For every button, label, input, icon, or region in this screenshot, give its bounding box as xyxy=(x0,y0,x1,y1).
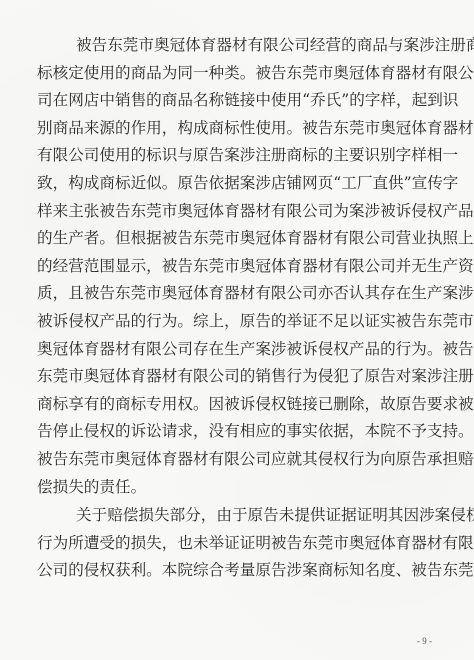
text-line: 有限公司使用的标识与原告案涉注册商标的主要识别字样相一 xyxy=(37,142,429,170)
text-line: 别商品来源的作用，构成商标性使用。被告东莞市奥冠体育器材 xyxy=(37,115,429,143)
body-text: 被告东莞市奥冠体育器材有限公司经营的商品与案涉注册商 标核定使用的商品为同一种类… xyxy=(37,32,429,585)
text-line: 被告东莞市奥冠体育器材有限公司经营的商品与案涉注册商 xyxy=(37,32,429,60)
text-line: 样来主张被告东莞市奥冠体育器材有限公司为案涉被诉侵权产品 xyxy=(37,198,429,226)
text-line: 致，构成商标近似。原告依据案涉店铺网页“工厂直供”宣传字 xyxy=(37,170,429,198)
text-line: 的生产者。但根据被告东莞市奥冠体育器材有限公司营业执照上 xyxy=(37,225,429,253)
text-line: 行为所遭受的损失，也未举证证明被告东莞市奥冠体育器材有限 xyxy=(37,530,429,558)
text-line: 被告东莞市奥冠体育器材有限公司应就其侵权行为向原告承担赔 xyxy=(37,446,429,474)
text-line: 质，且被告东莞市奥冠体育器材有限公司亦否认其存在生产案涉 xyxy=(37,280,429,308)
text-line: 偿损失的责任。 xyxy=(37,474,429,502)
text-line: 被诉侵权产品的行为。综上，原告的举证不足以证实被告东莞市 xyxy=(37,308,429,336)
text-line: 商标享有的商标专用权。因被诉侵权链接已删除，故原告要求被 xyxy=(37,391,429,419)
text-line: 告停止侵权的诉讼请求，没有相应的事实依据，本院不予支持。 xyxy=(37,418,429,446)
paragraph-2: 关于赔偿损失部分，由于原告未提供证据证明其因涉案侵权 行为所遭受的损失，也未举证… xyxy=(37,502,429,585)
text-line: 东莞市奥冠体育器材有限公司的销售行为侵犯了原告对案涉注册 xyxy=(37,363,429,391)
text-line: 关于赔偿损失部分，由于原告未提供证据证明其因涉案侵权 xyxy=(37,502,429,530)
text-line: 奥冠体育器材有限公司存在生产案涉被诉侵权产品的行为。被告 xyxy=(37,336,429,364)
document-page: 被告东莞市奥冠体育器材有限公司经营的商品与案涉注册商 标核定使用的商品为同一种类… xyxy=(0,0,474,660)
text-line: 标核定使用的商品为同一种类。被告东莞市奥冠体育器材有限公 xyxy=(37,60,429,88)
text-line: 司在网店中销售的商品名称链接中使用“乔氏”的字样，起到识 xyxy=(37,87,429,115)
text-line: 的经营范围显示，被告东莞市奥冠体育器材有限公司并无生产资 xyxy=(37,253,429,281)
text-line: 公司的侵权获利。本院综合考量原告涉案商标知名度、被告东莞 xyxy=(37,557,429,585)
paragraph-1: 被告东莞市奥冠体育器材有限公司经营的商品与案涉注册商 标核定使用的商品为同一种类… xyxy=(37,32,429,501)
page-number: - 9 - xyxy=(417,636,432,646)
